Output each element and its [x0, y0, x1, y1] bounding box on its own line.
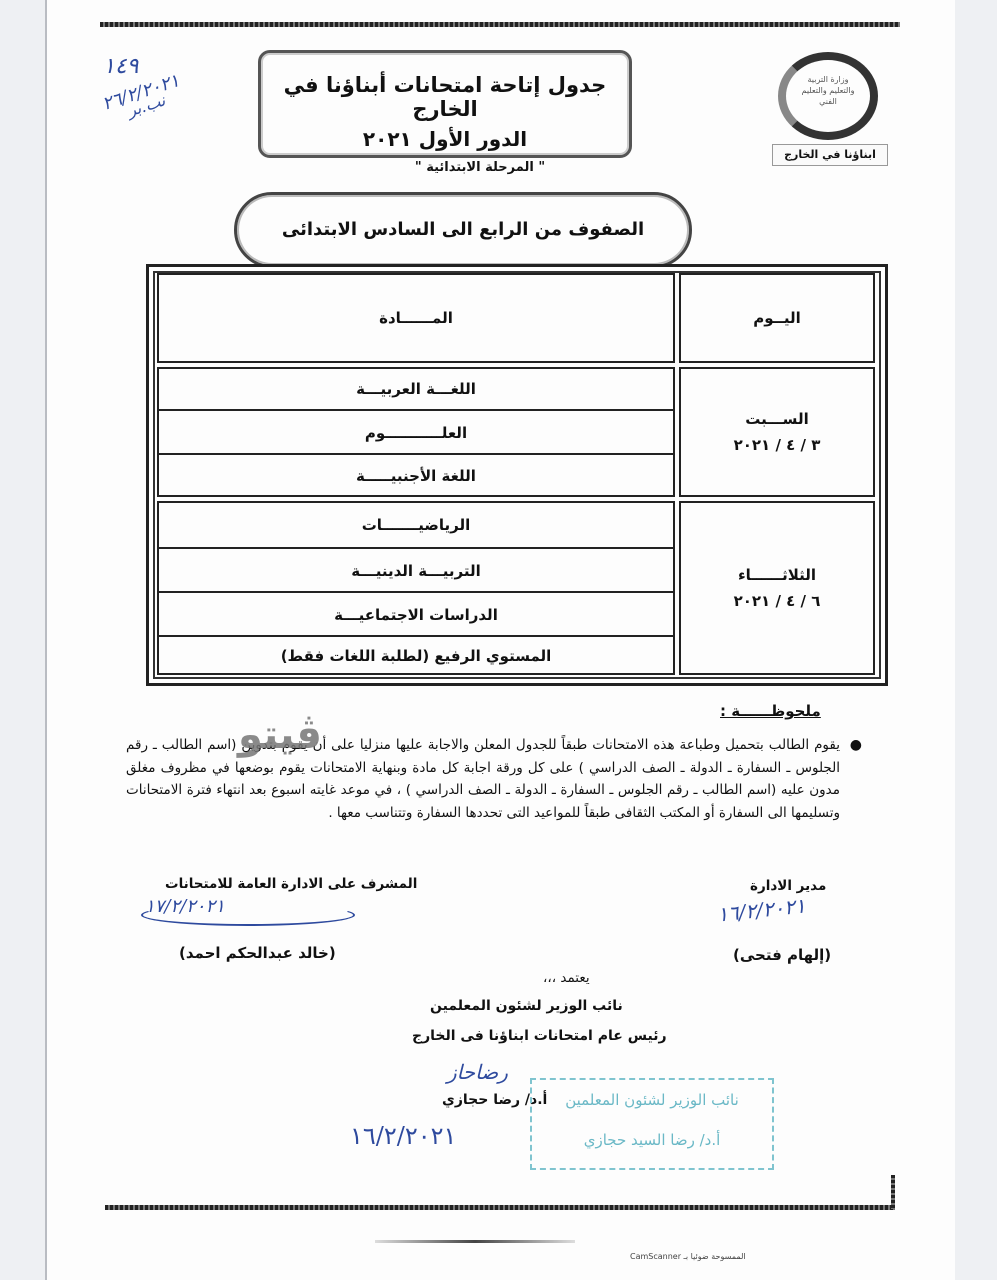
approver-date: ١٦/٢/٢٠٢١ — [350, 1122, 456, 1150]
day-cell-saturday: الســـبت ٣ / ٤ / ٢٠٢١ — [679, 367, 875, 497]
approval-label: يعتمد ،،، — [543, 970, 590, 986]
day-name: الثلاثــــــاء — [738, 566, 816, 584]
subjects-saturday: اللغـــة العربيـــة العلـــــــــــوم ال… — [157, 367, 675, 497]
handwritten-ref: ١٤٩ — [103, 54, 138, 79]
subject-social-studies: الدراسات الاجتماعيـــة — [159, 591, 673, 637]
exam-session: الدور الأول ٢٠٢١ — [261, 127, 629, 151]
note-heading: ملحوظــــــة : — [720, 702, 821, 720]
title-box: جدول إتاحة امتحانات أبناؤنا في الخارج ال… — [258, 50, 632, 158]
bottom-border — [105, 1205, 895, 1210]
stamp-line-1: نائب الوزير لشئون المعلمين — [532, 1080, 772, 1120]
bottom-border-corner — [891, 1175, 895, 1209]
subject-advanced-level: المستوي الرفيع (لطلبة اللغات فقط) — [159, 635, 673, 675]
subject-arabic: اللغـــة العربيـــة — [159, 369, 673, 409]
director-name: (إلهام فتحى) — [733, 946, 831, 964]
top-border — [100, 22, 900, 27]
ministry-logo: وزارة التربية والتعليم والتعليم الفني اب… — [768, 52, 890, 172]
day-cell-tuesday: الثلاثــــــاء ٦ / ٤ / ٢٠٢١ — [679, 501, 875, 675]
supervisor-name: (خالد عبدالحكم احمد) — [179, 944, 336, 962]
bullet-icon: ● — [850, 734, 862, 757]
day-date: ٣ / ٤ / ٢٠٢١ — [734, 436, 821, 454]
subject-math: الرياضيـــــــات — [159, 503, 673, 547]
subject-foreign-language: اللغة الأجنبيـــــة — [159, 453, 673, 497]
scan-edge — [375, 1240, 575, 1243]
day-name: الســـبت — [745, 410, 808, 428]
logo-tagline: ابناؤنا في الخارج — [772, 144, 888, 166]
document-page: ١٤٩ ٢٦/٢/٢٠٢١ نب.بر جدول إتاحة امتحانات … — [45, 0, 955, 1280]
director-signature-date: ١٦/٢/٢٠٢١ — [716, 893, 807, 926]
exam-schedule-table: اليــوم المــــــادة الســـبت ٣ / ٤ / ٢٠… — [146, 264, 888, 686]
logo-inner-text: وزارة التربية والتعليم والتعليم الفني — [796, 74, 860, 120]
camscanner-footer: الممسوحة ضوئيا بـ CamScanner — [630, 1252, 746, 1261]
subject-science: العلـــــــــــوم — [159, 409, 673, 455]
approver-signature: رضاحاز — [447, 1060, 508, 1084]
grades-banner: الصفوف من الرابع الى السادس الابتدائى — [234, 192, 692, 268]
day-date: ٦ / ٤ / ٢٠٢١ — [734, 592, 821, 610]
approver-title-2: رئيس عام امتحانات ابناؤنا فى الخارج — [412, 1028, 667, 1044]
stage-label: " المرحلة الابتدائية " — [380, 160, 580, 175]
director-title: مدير الادارة — [750, 878, 826, 894]
watermark-logo: ڤيتو — [238, 712, 322, 758]
supervisor-signature — [141, 904, 355, 926]
approver-title-1: نائب الوزير لشئون المعلمين — [430, 998, 623, 1014]
subjects-tuesday: الرياضيـــــــات التربيـــة الدينيـــة ا… — [157, 501, 675, 675]
official-stamp: نائب الوزير لشئون المعلمين أ.د/ رضا السي… — [530, 1078, 774, 1170]
supervisor-title: المشرف على الادارة العامة للامتحانات — [165, 876, 417, 892]
page-title: جدول إتاحة امتحانات أبناؤنا في الخارج — [261, 73, 629, 121]
note-body: ● يقوم الطالب بتحميل وطباعة هذه الامتحان… — [126, 734, 858, 824]
page-edge — [45, 0, 47, 1280]
note-text: يقوم الطالب بتحميل وطباعة هذه الامتحانات… — [126, 734, 858, 824]
column-header-day: اليــوم — [679, 273, 875, 363]
column-header-subject: المــــــادة — [157, 273, 675, 363]
subject-religion: التربيـــة الدينيـــة — [159, 547, 673, 593]
stamp-line-2: أ.د/ رضا السيد حجازي — [532, 1120, 772, 1160]
